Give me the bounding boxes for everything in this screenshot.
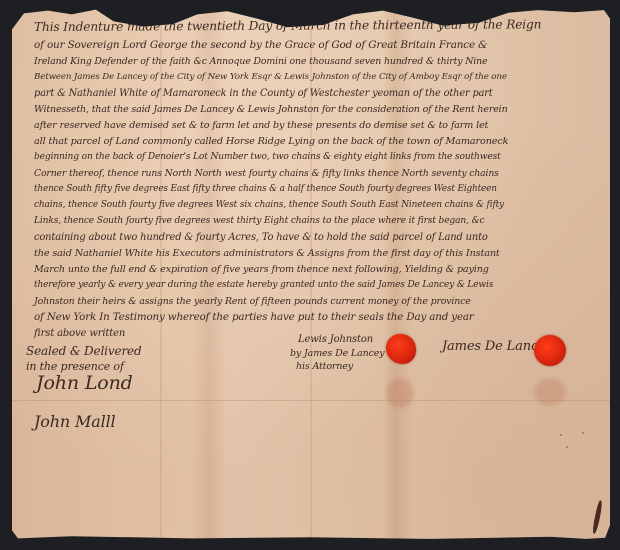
- body-line: all that parcel of Land commonly called …: [34, 134, 508, 149]
- body-line: after reserved have demised set & to far…: [34, 118, 488, 133]
- seal-offset-stain: [386, 378, 414, 408]
- attestation-sealed-delivered: Sealed & Delivered: [26, 344, 142, 358]
- body-line: chains, thence South fourty five degrees…: [34, 198, 504, 213]
- body-line: Johnston their heirs & assigns the yearl…: [34, 294, 471, 309]
- witness-signature: John Lond: [36, 372, 133, 394]
- signature-by-james-de-lancey: by James De Lancey: [290, 348, 384, 359]
- right-wax-seal-icon: [534, 335, 566, 366]
- witness-signature: John Malll: [34, 412, 116, 431]
- body-line: thence South fifty five degrees East fif…: [34, 182, 497, 197]
- parchment-document: This Indenture made the twentieth Day of…: [12, 8, 610, 541]
- body-line: of our Sovereign Lord George the second …: [34, 38, 487, 53]
- body-line: Corner thereof, thence runs North North …: [34, 166, 499, 181]
- fold-crease-horizontal: [12, 400, 610, 401]
- body-line: This Indenture made the twentieth Day of…: [34, 17, 541, 35]
- body-line: of New York In Testimony whereof the par…: [34, 310, 474, 325]
- body-line: March unto the full end & expiration of …: [34, 262, 489, 277]
- body-line: containing about two hundred & fourty Ac…: [34, 230, 488, 245]
- body-line: Witnesseth, that the said James De Lance…: [34, 102, 508, 117]
- seal-offset-stain: [534, 378, 566, 406]
- ink-speck: [560, 434, 562, 436]
- left-wax-seal-icon: [386, 334, 416, 364]
- body-line: beginning on the back of Denoier's Lot N…: [34, 150, 501, 165]
- body-line: part & Nathaniel White of Mamaroneck in …: [34, 86, 493, 101]
- ink-speck: [582, 432, 584, 434]
- signature-his-attorney: his Attorney: [296, 361, 353, 372]
- body-line: Links, thence South fourty five degrees …: [34, 214, 484, 229]
- body-line: Ireland King Defender of the faith &c An…: [34, 54, 487, 69]
- body-line: first above written: [34, 326, 125, 341]
- body-line: the said Nathaniel White his Executors a…: [34, 246, 500, 261]
- ink-speck: [566, 446, 568, 448]
- ink-stain: [592, 500, 604, 534]
- body-line: therefore yearly & every year during the…: [34, 278, 493, 293]
- body-line: Between James De Lancey of the City of N…: [34, 70, 507, 85]
- signature-lewis-johnston: Lewis Johnston: [298, 334, 373, 345]
